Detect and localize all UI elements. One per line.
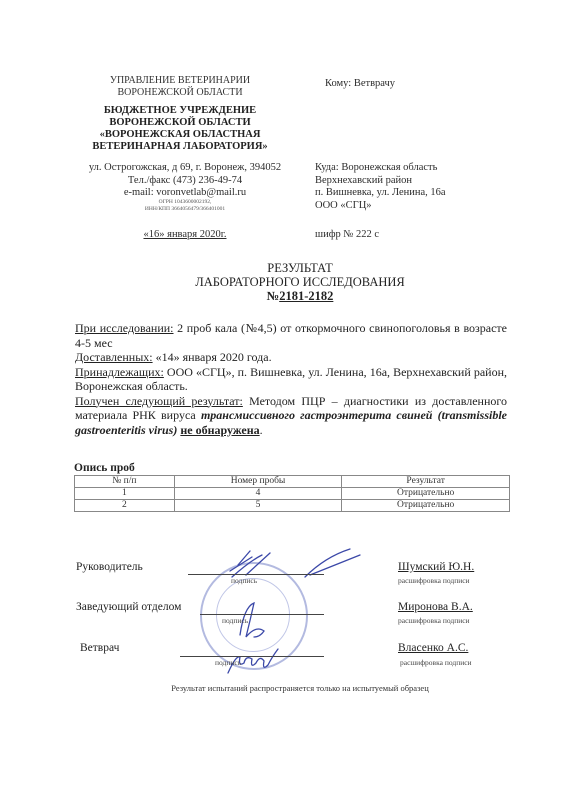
recipient-line1: Куда: Воронежская область (315, 162, 515, 175)
table-cell: 4 (174, 488, 342, 500)
signature-line (180, 656, 324, 657)
owner-label: Принадлежащих: (75, 365, 164, 379)
sender-registration: ОГРН 1043600002192, ИНН/КПП 3664056479/3… (70, 199, 300, 213)
table-header-row: № п/п Номер пробы Результат (75, 476, 510, 488)
title-line1: РЕЗУЛЬТАТ (150, 261, 450, 275)
delivered-label: Доставленных: (75, 350, 153, 364)
signature-caption: подпись (215, 658, 241, 667)
signature-role: Заведующий отделом (76, 601, 181, 613)
signature-line (188, 574, 324, 575)
sender-contacts: ул. Острогожская, д 69, г. Воронеж, 3940… (70, 162, 300, 200)
authority-line2: ВОРОНЕЖСКОЙ ОБЛАСТИ (95, 87, 265, 99)
document-body: При исследовании: 2 проб кала (№4,5) от … (75, 321, 507, 437)
delivered-paragraph: Доставленных: «14» января 2020 года. (75, 350, 507, 365)
signer-name: Миронова В.А. (398, 601, 473, 613)
org-line1: БЮДЖЕТНОЕ УЧРЕЖДЕНИЕ (75, 105, 285, 117)
recipient-line2: Верхнехавский район (315, 175, 515, 188)
table-cell: 1 (75, 488, 175, 500)
org-line2: ВОРОНЕЖСКОЙ ОБЛАСТИ (75, 117, 285, 129)
table-cell: Отрицательно (342, 488, 510, 500)
column-header: Номер пробы (174, 476, 342, 488)
column-header: Результат (342, 476, 510, 488)
table-cell: 2 (75, 500, 175, 512)
study-paragraph: При исследовании: 2 проб кала (№4,5) от … (75, 321, 507, 350)
samples-table: № п/п Номер пробы Результат 1 4 Отрицате… (74, 475, 510, 512)
table-cell: Отрицательно (342, 500, 510, 512)
signer-name: Власенко А.С. (398, 642, 468, 654)
signer-name: Шумский Ю.Н. (398, 561, 474, 573)
number-prefix: № (267, 289, 280, 303)
title-line2: ЛАБОРАТОРНОГО ИССЛЕДОВАНИЯ (150, 275, 450, 289)
signer-name-caption: расшифровка подписи (398, 616, 470, 625)
authority-block: УПРАВЛЕНИЕ ВЕТЕРИНАРИИ ВОРОНЕЖСКОЙ ОБЛАС… (95, 75, 265, 99)
signature-role: Ветврач (80, 642, 119, 654)
title-number: №2181-2182 (150, 289, 450, 303)
recipient-line4: ООО «СГЦ» (315, 200, 515, 213)
authority-line1: УПРАВЛЕНИЕ ВЕТЕРИНАРИИ (95, 75, 265, 87)
issue-date: «16» января 2020г. (110, 229, 260, 242)
sender-address: ул. Острогожская, д 69, г. Воронеж, 3940… (70, 162, 300, 175)
ogrn: ОГРН 1043600002192, (70, 199, 300, 206)
signer-name-caption: расшифровка подписи (400, 658, 472, 667)
recipient-to: Кому: Ветврачу (325, 78, 395, 91)
recipient-address: Куда: Воронежская область Верхнехавский … (315, 162, 515, 212)
table-row: 2 5 Отрицательно (75, 500, 510, 512)
document-title: РЕЗУЛЬТАТ ЛАБОРАТОРНОГО ИССЛЕДОВАНИЯ №21… (150, 261, 450, 303)
organization-block: БЮДЖЕТНОЕ УЧРЕЖДЕНИЕ ВОРОНЕЖСКОЙ ОБЛАСТИ… (75, 105, 285, 153)
cipher: шифр № 222 с (315, 229, 379, 242)
study-label: При исследовании: (75, 321, 174, 335)
result-label: Получен следующий результат: (75, 394, 243, 408)
result-verdict: не обнаружена (180, 423, 259, 437)
result-end: . (260, 423, 263, 437)
delivered-text: «14» января 2020 года. (153, 350, 272, 364)
org-line3: «ВОРОНЕЖСКАЯ ОБЛАСТНАЯ (75, 129, 285, 141)
column-header: № п/п (75, 476, 175, 488)
recipient-line3: п. Вишневка, ул. Ленина, 16а (315, 187, 515, 200)
signature-caption: подпись (222, 616, 248, 625)
signature-role: Руководитель (76, 561, 143, 573)
inn-kpp: ИНН/КПП 3664056479/366401001 (70, 206, 300, 213)
result-paragraph: Получен следующий результат: Методом ПЦР… (75, 394, 507, 438)
signer-name-caption: расшифровка подписи (398, 576, 470, 585)
table-cell: 5 (174, 500, 342, 512)
samples-title: Опись проб (74, 462, 135, 474)
sender-phone: Тел./факс (473) 236-49-74 (70, 175, 300, 188)
org-line4: ВЕТЕРИНАРНАЯ ЛАБОРАТОРИЯ» (75, 141, 285, 153)
owner-paragraph: Принадлежащих: ООО «СГЦ», п. Вишневка, у… (75, 365, 507, 394)
signature-caption: подпись (231, 576, 257, 585)
footer-note: Результат испытаний распространяется тол… (100, 683, 500, 693)
table-row: 1 4 Отрицательно (75, 488, 510, 500)
signature-line (200, 614, 324, 615)
sender-email: e-mail: voronvetlab@mail.ru (70, 187, 300, 200)
document-number: 2181-2182 (279, 289, 333, 303)
